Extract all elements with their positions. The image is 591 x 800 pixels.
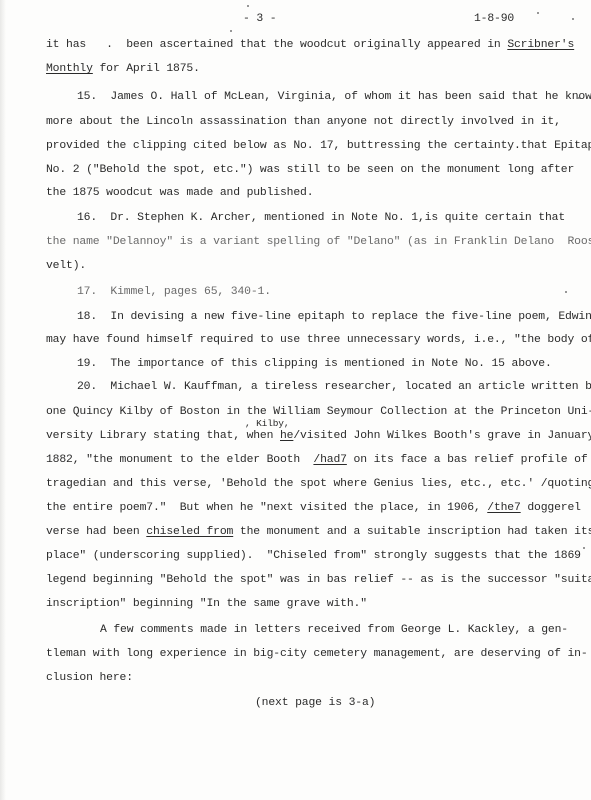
paragraph-line: A few comments made in letters received …: [100, 623, 568, 637]
editorial-bracket: /quoting: [541, 477, 591, 491]
text-segment: doggerel: [521, 502, 581, 514]
next-page-note: (next page is 3-a): [255, 696, 375, 710]
handwritten-insertion: , Kilby,: [245, 419, 289, 429]
text-segment: /visited John Wilkes Booth's grave in Ja…: [293, 430, 591, 442]
text-segment: it has . been ascertained that the woodc…: [46, 39, 507, 51]
text-segment: the monument and a suitable inscription …: [233, 526, 591, 538]
note-20-line: one Quincy Kilby of Boston in the Willia…: [46, 405, 591, 419]
text-segment: But when he "next visited the place, in …: [166, 502, 487, 514]
note-20-line: tragedian and this verse, 'Behold the sp…: [46, 477, 591, 491]
note-16-line: velt).: [46, 259, 86, 273]
document-date: 1-8-90: [474, 12, 514, 26]
note-15-line: provided the clipping cited below as No.…: [46, 139, 591, 153]
note-20-line: verse had been chiseled from the monumen…: [46, 525, 591, 539]
page-number: - 3 -: [243, 12, 276, 26]
scan-speck: [572, 18, 574, 20]
editorial-bracket: /the7: [487, 501, 520, 515]
scan-edge-shadow: [0, 0, 6, 800]
text-line: it has . been ascertained that the woodc…: [46, 38, 574, 52]
publication-title: Monthly: [46, 63, 93, 75]
note-15-line: more about the Lincoln assassination tha…: [46, 115, 561, 129]
scan-speck: [578, 97, 580, 99]
note-20-line: inscription" beginning "In the same grav…: [46, 597, 367, 611]
note-19-line: 19. The importance of this clipping is m…: [77, 357, 552, 371]
publication-title: Scribner's: [507, 39, 574, 51]
note-18-line: may have found himself required to use t…: [46, 333, 591, 347]
struck-word: he: [280, 430, 293, 442]
note-16-line: 16. Dr. Stephen K. Archer, mentioned in …: [77, 211, 565, 225]
editorial-bracket: /had7: [313, 453, 346, 467]
paragraph-line: clusion here:: [46, 671, 133, 685]
document-page: - 3 - 1-8-90 it has . been ascertained t…: [0, 0, 591, 800]
underscored-phrase: chiseled from: [146, 526, 233, 538]
text-line: Monthly for April 1875.: [46, 62, 200, 76]
note-15-line: 15. James O. Hall of McLean, Virginia, o…: [77, 90, 591, 104]
text-segment: on its face a bas relief profile of the: [347, 454, 591, 466]
scan-speck: [230, 30, 232, 32]
note-20-line: versity Library stating that, when he/vi…: [46, 429, 591, 443]
scan-speck: [247, 5, 249, 7]
note-15-line: No. 2 ("Behold the spot, etc.") was stil…: [46, 163, 574, 177]
scan-speck: [537, 12, 539, 14]
note-20-line: 20. Michael W. Kauffman, a tireless rese…: [77, 380, 591, 394]
note-20-line: legend beginning "Behold the spot" was i…: [46, 573, 591, 587]
paragraph-line: tleman with long experience in big-city …: [46, 647, 588, 661]
text-segment: the entire poem7.": [46, 502, 166, 514]
note-20-line: place" (underscoring supplied). "Chisele…: [46, 549, 581, 563]
text-segment: 1882, "the monument to the elder Booth: [46, 454, 313, 466]
note-16-line: the name "Delannoy" is a variant spellin…: [46, 235, 591, 249]
text-segment: verse had been: [46, 526, 146, 538]
note-20-line: 1882, "the monument to the elder Booth /…: [46, 453, 591, 467]
text-segment: for April 1875.: [93, 63, 200, 75]
scan-speck: [583, 547, 585, 549]
note-17-line: 17. Kimmel, pages 65, 340-1.: [77, 285, 271, 299]
note-15-line: the 1875 woodcut was made and published.: [46, 186, 313, 200]
note-18-line: 18. In devising a new five-line epitaph …: [77, 310, 591, 324]
text-segment: versity Library stating that, when: [46, 430, 280, 442]
text-segment: tragedian and this verse, 'Behold the sp…: [46, 478, 541, 490]
note-20-line: the entire poem7." But when he "next vis…: [46, 501, 581, 515]
scan-speck: [565, 291, 567, 293]
